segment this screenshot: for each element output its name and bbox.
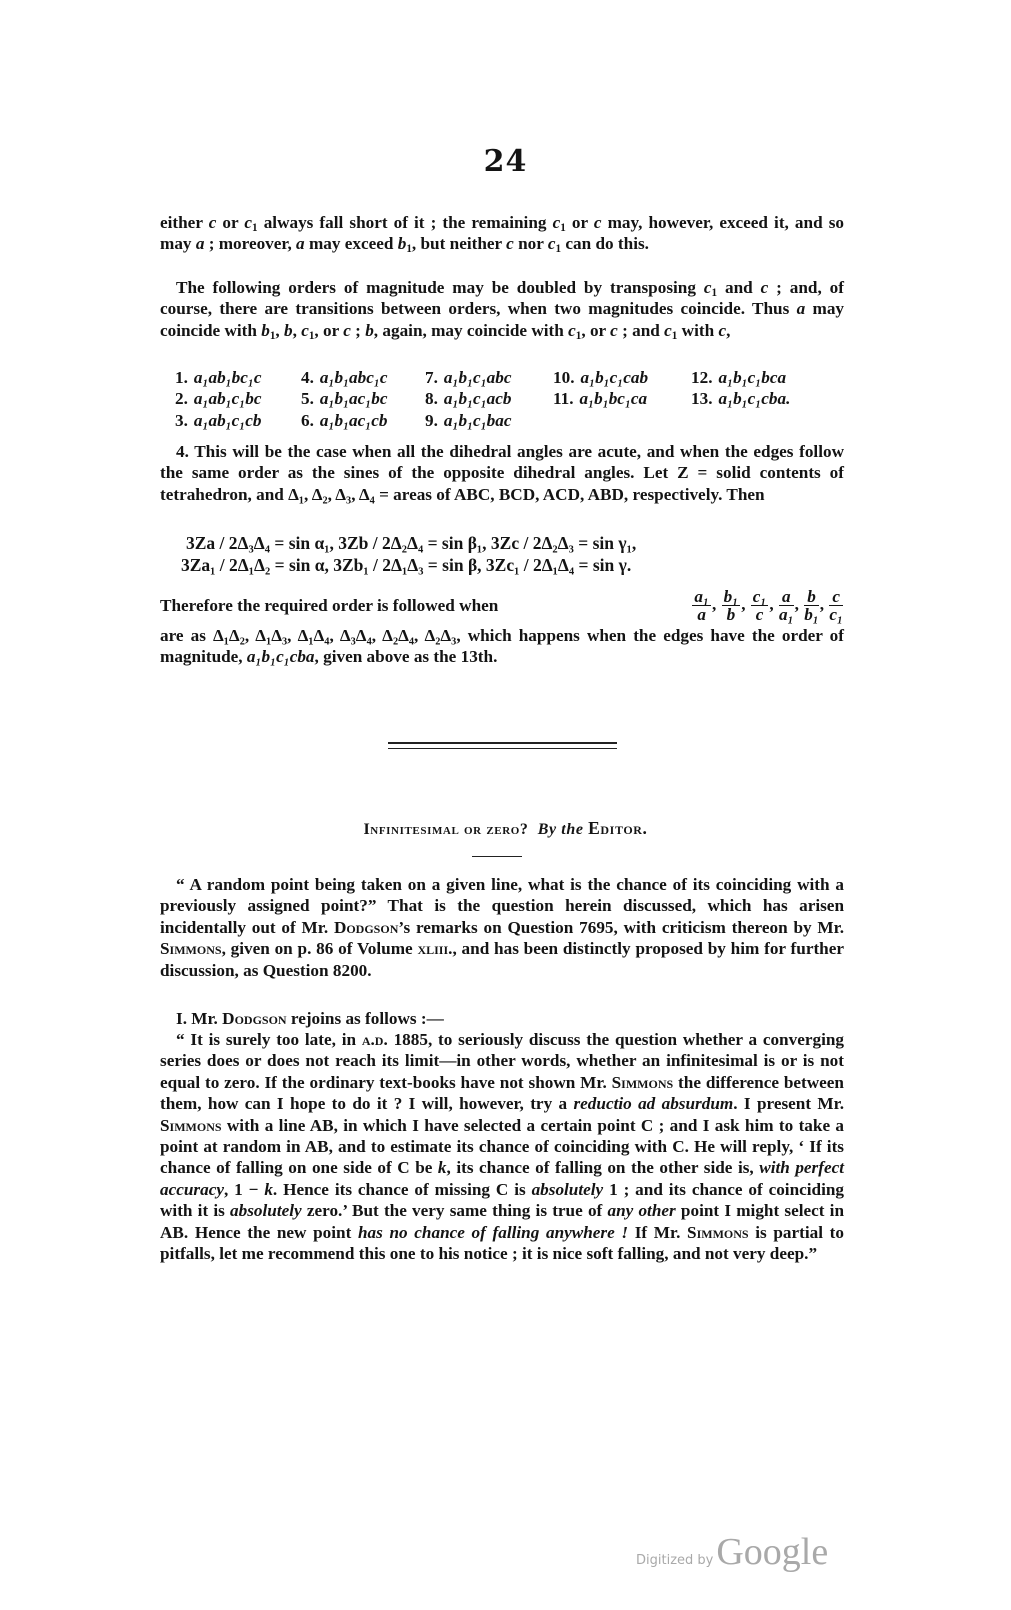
paragraph-continuation: either c or c1 always fall short of it ;… bbox=[160, 212, 844, 255]
article-title: Infinitesimal or zero? By the Editor. bbox=[0, 818, 1011, 839]
therefore-line: Therefore the required order is followed… bbox=[160, 588, 844, 668]
fraction: bb₁ bbox=[804, 588, 819, 623]
order-item: 13.a₁b₁c₁cba. bbox=[691, 388, 790, 409]
paragraph-text: The following orders of magnitude may be… bbox=[160, 277, 844, 341]
equation-line: 3Za₁ / 2Δ₁Δ₂ = sin α, 3Zb₁ / 2Δ₁Δ₃ = sin… bbox=[181, 554, 870, 576]
order-item: 7.a₁b₁c₁abc bbox=[425, 367, 553, 388]
fraction: b₁b bbox=[722, 588, 741, 623]
dodgson-quote: “ It is surely too late, in a.d. 1885, t… bbox=[160, 1029, 844, 1264]
order-item: 10.a₁b₁c₁cab bbox=[553, 367, 691, 388]
order-item: 3.a₁ab₁c₁cb bbox=[175, 410, 301, 431]
paragraph-text: “ It is surely too late, in a.d. 1885, t… bbox=[160, 1029, 844, 1264]
order-item: 9.a₁b₁c₁bac bbox=[425, 410, 553, 431]
page-number: 24 bbox=[0, 144, 1011, 179]
paragraph-text: are as Δ₁Δ₂, Δ₁Δ₃, Δ₁Δ₄, Δ₃Δ₄, Δ₂Δ₄, Δ₂Δ… bbox=[160, 625, 844, 668]
order-item: 6.a₁b₁ac₁cb bbox=[301, 410, 425, 431]
article-author: Editor. bbox=[588, 818, 647, 838]
paragraph-text: either c or c1 always fall short of it ;… bbox=[160, 212, 844, 255]
fraction: a₁a bbox=[692, 588, 711, 623]
article-byline: By the bbox=[538, 821, 584, 838]
paragraph-text: “ A random point being taken on a given … bbox=[160, 874, 844, 981]
article-intro: “ A random point being taken on a given … bbox=[160, 874, 844, 981]
order-item: 8.a₁b₁c₁acb bbox=[425, 388, 553, 409]
paragraph-orders-intro: The following orders of magnitude may be… bbox=[160, 277, 844, 341]
digitized-by-google-watermark: Digitized byGoogle bbox=[636, 1530, 828, 1574]
order-item: 1.a₁ab₁bc₁c bbox=[175, 367, 301, 388]
orders-list: 1.a₁ab₁bc₁c 4.a₁b₁abc₁c 7.a₁b₁c₁abc 10.a… bbox=[175, 367, 859, 431]
therefore-text: Therefore the required order is followed… bbox=[160, 595, 498, 616]
order-item: 5.a₁b₁ac₁bc bbox=[301, 388, 425, 409]
equations-block: 3Za / 2Δ₃Δ₄ = sin α₁, 3Zb / 2Δ₂Δ₄ = sin … bbox=[186, 532, 870, 576]
order-item: 12.a₁b₁c₁bca bbox=[691, 367, 786, 388]
order-item: 2.a₁ab₁c₁bc bbox=[175, 388, 301, 409]
section-divider bbox=[388, 742, 617, 749]
fraction: cc₁ bbox=[829, 588, 843, 623]
order-item: 11.a₁b₁bc₁ca bbox=[553, 388, 691, 409]
fraction: c₁c bbox=[751, 588, 769, 623]
fraction: aa₁ bbox=[779, 588, 794, 623]
equation-line: 3Za / 2Δ₃Δ₄ = sin α₁, 3Zb / 2Δ₂Δ₄ = sin … bbox=[186, 532, 870, 554]
article-title-text: Infinitesimal or zero? bbox=[363, 821, 528, 838]
title-rule bbox=[472, 856, 522, 857]
paragraph-text: I. Mr. Dodgson rejoins as follows :— bbox=[160, 1008, 844, 1029]
section-i-heading: I. Mr. Dodgson rejoins as follows :— bbox=[160, 1008, 844, 1029]
google-logo-text: Google bbox=[716, 1531, 828, 1573]
order-item: 4.a₁b₁abc₁c bbox=[301, 367, 425, 388]
paragraph-solution-4: 4. This will be the case when all the di… bbox=[160, 441, 844, 505]
watermark-prefix: Digitized by bbox=[636, 1553, 713, 1568]
fraction-list: a₁a, b₁b, c₁c, aa₁, bb₁, cc₁ bbox=[691, 588, 844, 623]
paragraph-text: 4. This will be the case when all the di… bbox=[160, 441, 844, 505]
